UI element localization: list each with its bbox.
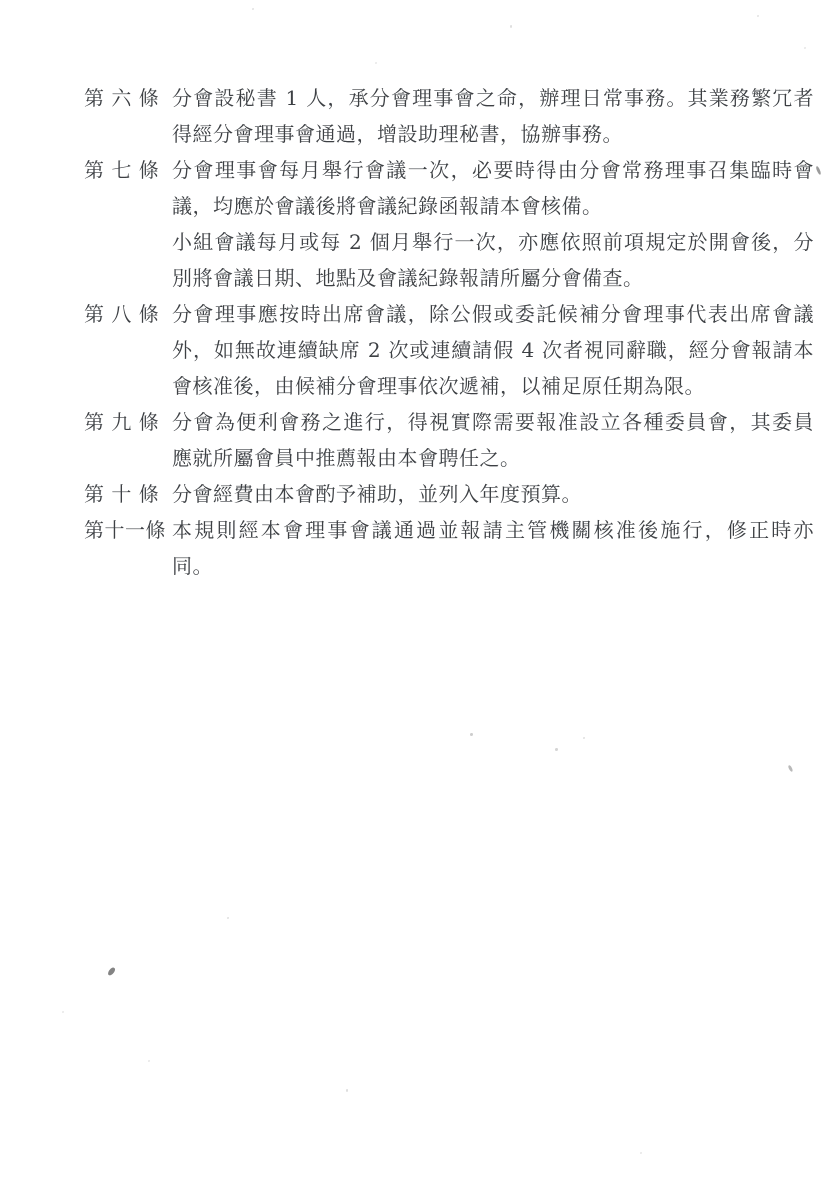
text-line: 應就所屬會員中推薦報由本會聘任之。 bbox=[172, 440, 814, 476]
article-text: 分會經費由本會酌予補助，並列入年度預算。 bbox=[172, 476, 814, 512]
scan-speck bbox=[62, 1011, 64, 1013]
text-line: 得經分會理事會通過，增設助理秘書，協辦事務。 bbox=[172, 116, 814, 152]
scan-speck bbox=[148, 1060, 150, 1062]
article-text: 分會理事會每月舉行會議一次，必要時得由分會常務理事召集臨時會議，均應於會議後將會… bbox=[172, 152, 814, 296]
article-text: 分會理事應按時出席會議，除公假或委託候補分會理事代表出席會議外，如無故連續缺席 … bbox=[172, 296, 814, 404]
article-number: 第 八 條 bbox=[84, 296, 172, 332]
text-line: 分會經費由本會酌予補助，並列入年度預算。 bbox=[172, 476, 814, 512]
scan-speck bbox=[757, 15, 759, 17]
paragraph: 分會為便利會務之進行，得視實際需要報准設立各種委員會，其委員應就所屬會員中推薦報… bbox=[172, 404, 814, 476]
article: 第 八 條 分會理事應按時出席會議，除公假或委託候補分會理事代表出席會議外，如無… bbox=[84, 296, 816, 404]
paragraph: 分會經費由本會酌予補助，並列入年度預算。 bbox=[172, 476, 814, 512]
paragraph: 分會理事應按時出席會議，除公假或委託候補分會理事代表出席會議外，如無故連續缺席 … bbox=[172, 296, 814, 404]
scanned-page: 第 六 條 分會設秘書 1 人，承分會理事會之命，辦理日常事務。其業務繁冗者得經… bbox=[0, 0, 840, 1186]
article-text: 分會設秘書 1 人，承分會理事會之命，辦理日常事務。其業務繁冗者得經分會理事會通… bbox=[172, 80, 814, 152]
paragraph: 本規則經本會理事會議通過並報請主管機關核准後施行，修正時亦同。 bbox=[172, 512, 814, 584]
text-line: 分會理事會每月舉行會議一次，必要時得由分會常務理事召集臨時會 bbox=[172, 152, 814, 188]
text-line: 分會設秘書 1 人，承分會理事會之命，辦理日常事務。其業務繁冗者 bbox=[172, 80, 814, 116]
article-number: 第 十 條 bbox=[84, 476, 172, 512]
text-line: 議，均應於會議後將會議紀錄函報請本會核備。 bbox=[172, 188, 814, 224]
paragraph: 小組會議每月或每 2 個月舉行一次，亦應依照前項規定於開會後，分別將會議日期、地… bbox=[172, 224, 814, 296]
scan-speck bbox=[787, 765, 793, 773]
scan-speck bbox=[815, 166, 822, 175]
article: 第 九 條 分會為便利會務之進行，得視實際需要報准設立各種委員會，其委員應就所屬… bbox=[84, 404, 816, 476]
scan-speck bbox=[470, 733, 473, 736]
scan-speck bbox=[640, 1152, 642, 1154]
text-line: 本規則經本會理事會議通過並報請主管機關核准後施行，修正時亦 bbox=[172, 512, 814, 548]
scan-speck bbox=[252, 8, 254, 10]
paragraph: 分會設秘書 1 人，承分會理事會之命，辦理日常事務。其業務繁冗者得經分會理事會通… bbox=[172, 80, 814, 152]
text-line: 分會理事應按時出席會議，除公假或委託候補分會理事代表出席會議 bbox=[172, 296, 814, 332]
article-number: 第 九 條 bbox=[84, 404, 172, 440]
scan-speck bbox=[346, 1089, 348, 1092]
article-text: 分會為便利會務之進行，得視實際需要報准設立各種委員會，其委員應就所屬會員中推薦報… bbox=[172, 404, 814, 476]
text-line: 同。 bbox=[172, 548, 814, 584]
scan-speck bbox=[227, 917, 229, 919]
article: 第 七 條 分會理事會每月舉行會議一次，必要時得由分會常務理事召集臨時會議，均應… bbox=[84, 152, 816, 296]
scan-speck bbox=[107, 966, 116, 976]
scan-speck bbox=[555, 748, 558, 751]
article-number: 第 六 條 bbox=[84, 80, 172, 116]
scan-speck bbox=[804, 47, 806, 49]
article: 第十一條 本規則經本會理事會議通過並報請主管機關核准後施行，修正時亦同。 bbox=[84, 512, 816, 584]
text-line: 別將會議日期、地點及會議紀錄報請所屬分會備查。 bbox=[172, 260, 814, 296]
paragraph: 分會理事會每月舉行會議一次，必要時得由分會常務理事召集臨時會議，均應於會議後將會… bbox=[172, 152, 814, 224]
scan-speck bbox=[375, 62, 377, 64]
scan-speck bbox=[583, 737, 585, 739]
scan-speck bbox=[510, 25, 512, 28]
text-line: 分會為便利會務之進行，得視實際需要報准設立各種委員會，其委員 bbox=[172, 404, 814, 440]
article: 第 十 條 分會經費由本會酌予補助，並列入年度預算。 bbox=[84, 476, 816, 512]
article-number: 第 七 條 bbox=[84, 152, 172, 188]
text-line: 小組會議每月或每 2 個月舉行一次，亦應依照前項規定於開會後，分 bbox=[172, 224, 814, 260]
text-line: 外，如無故連續缺席 2 次或連續請假 4 次者視同辭職，經分會報請本 bbox=[172, 332, 814, 368]
text-line: 會核准後，由候補分會理事依次遞補，以補足原任期為限。 bbox=[172, 368, 814, 404]
article-text: 本規則經本會理事會議通過並報請主管機關核准後施行，修正時亦同。 bbox=[172, 512, 814, 584]
article-number: 第十一條 bbox=[84, 512, 172, 548]
document-body: 第 六 條 分會設秘書 1 人，承分會理事會之命，辦理日常事務。其業務繁冗者得經… bbox=[84, 80, 816, 584]
article: 第 六 條 分會設秘書 1 人，承分會理事會之命，辦理日常事務。其業務繁冗者得經… bbox=[84, 80, 816, 152]
